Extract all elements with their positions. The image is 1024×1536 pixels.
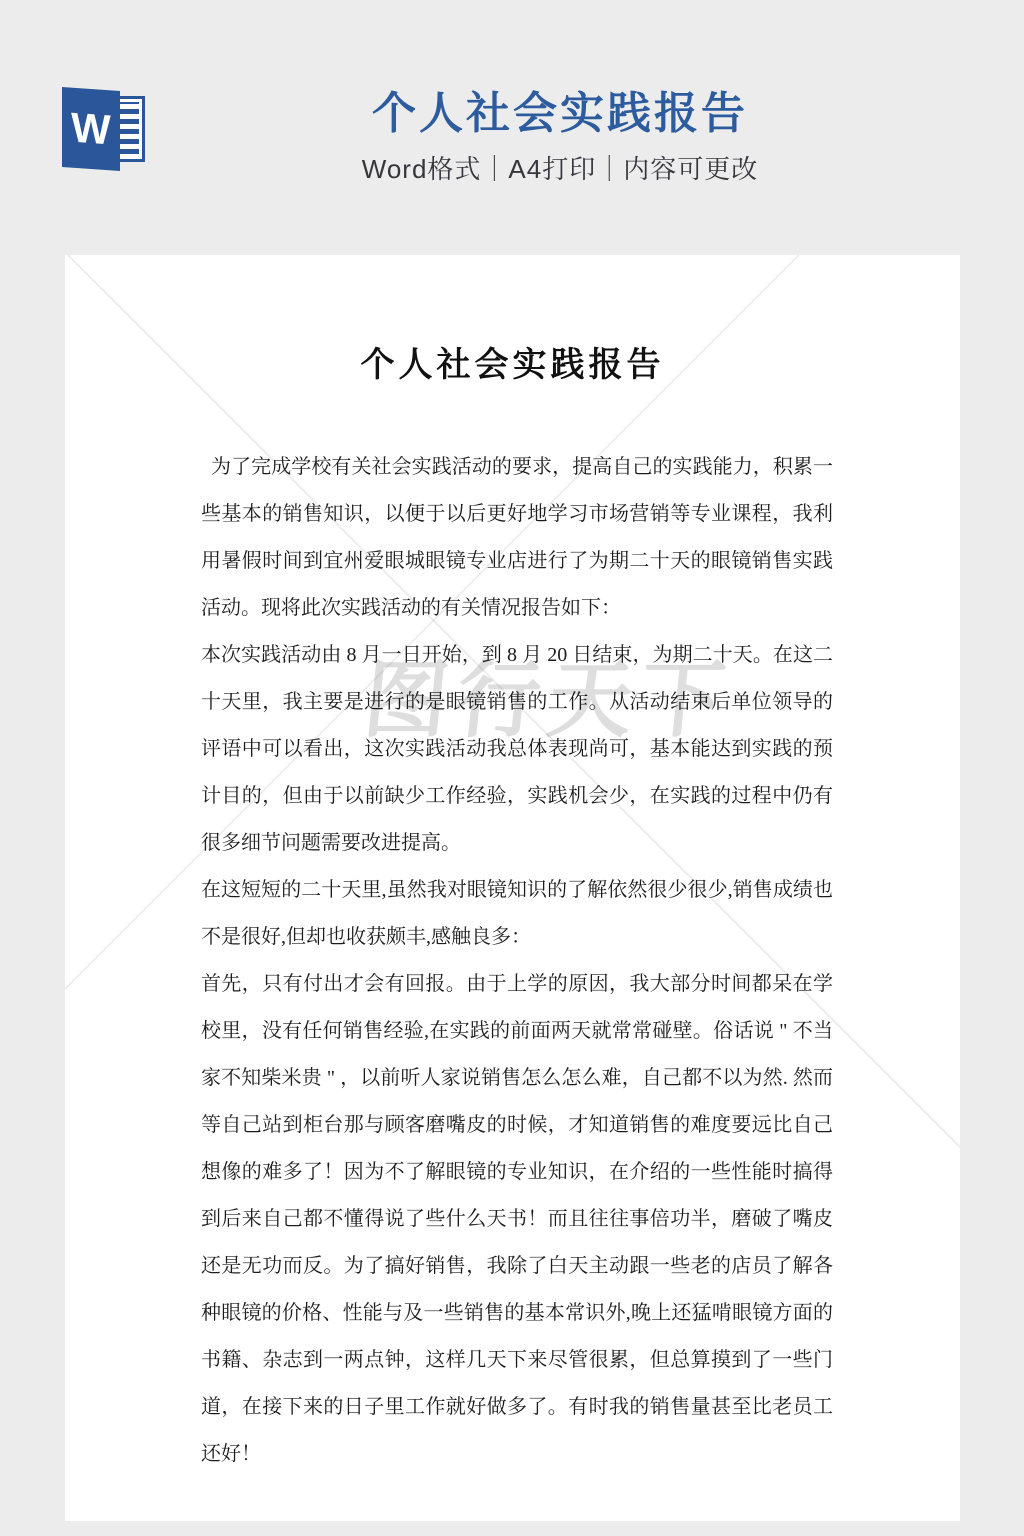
- header-text-block: 个人社会实践报告 Word格式｜A4打印｜内容可更改: [96, 88, 1024, 184]
- paragraph: 本次实践活动由 8 月一日开始，到 8 月 20 日结束，为期二十天。在这二十天…: [201, 632, 833, 867]
- template-title: 个人社会实践报告: [96, 88, 1024, 140]
- paragraph: 在这短短的二十天里,虽然我对眼镜知识的了解依然很少很少,销售成绩也不是很好,但却…: [201, 867, 833, 961]
- template-subtitle: Word格式｜A4打印｜内容可更改: [96, 154, 1024, 184]
- paragraph: 为了完成学校有关社会实践活动的要求，提高自己的实践能力，积累一些基本的销售知识，…: [201, 444, 833, 632]
- document-body: 为了完成学校有关社会实践活动的要求，提高自己的实践能力，积累一些基本的销售知识，…: [201, 444, 833, 1478]
- template-header: W 个人社会实践报告 Word格式｜A4打印｜内容可更改: [0, 0, 1024, 255]
- paragraph: 首先，只有付出才会有回报。由于上学的原因，我大部分时间都呆在学校里，没有任何销售…: [201, 961, 833, 1478]
- document-content: 个人社会实践报告 为了完成学校有关社会实践活动的要求，提高自己的实践能力，积累一…: [65, 337, 960, 1478]
- document-page: 图行天下 个人社会实践报告 为了完成学校有关社会实践活动的要求，提高自己的实践能…: [65, 255, 960, 1521]
- document-title: 个人社会实践报告: [65, 337, 960, 386]
